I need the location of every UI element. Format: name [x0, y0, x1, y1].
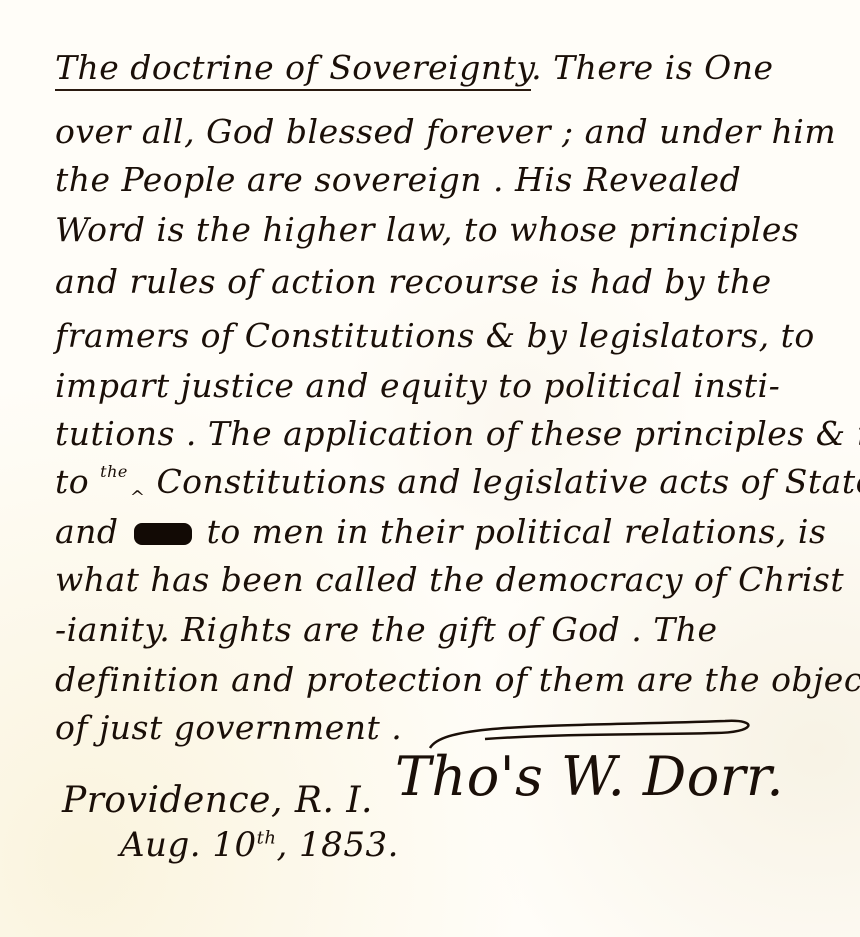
signature: Tho's W. Dorr. — [395, 745, 784, 808]
line-text: and — [55, 512, 119, 551]
manuscript-line-8: tutions . The application of these princ… — [55, 414, 860, 453]
date-year: , 1853. — [276, 825, 398, 865]
caret-mark: ^ — [130, 487, 146, 508]
line-text: Constitutions and legislative acts of St… — [156, 462, 860, 501]
inserted-word: the — [100, 462, 128, 481]
manuscript-line-13: definition and protection of them are th… — [55, 660, 860, 699]
line-text: to — [55, 462, 89, 501]
date-ordinal: th — [257, 828, 277, 849]
manuscript-line-12: -ianity. Rights are the gift of God . Th… — [55, 610, 718, 649]
manuscript-line-9: to the^ Constitutions and legislative ac… — [55, 462, 860, 508]
struck-out-word — [134, 523, 192, 545]
manuscript-line-10: and to men in their political relations,… — [55, 512, 826, 551]
document-title: The doctrine of Sovereignty — [55, 48, 531, 91]
manuscript-line-3: the People are sovereign . His Revealed — [55, 160, 741, 199]
date-text: Aug. 10 — [120, 825, 257, 865]
manuscript-line-7: impart justice and equity to political i… — [55, 366, 780, 405]
manuscript-line-5: and rules of action recourse is had by t… — [55, 262, 772, 301]
line-text: to men in their political relations, is — [207, 512, 827, 551]
manuscript-line-6: framers of Constitutions & by legislator… — [55, 316, 815, 355]
line-text: . There is One — [531, 48, 773, 87]
manuscript-line-2: over all, God blessed forever ; and unde… — [55, 112, 836, 151]
place-line: Providence, R. I. — [62, 780, 373, 821]
manuscript-line-1: The doctrine of Sovereignty. There is On… — [55, 48, 774, 87]
manuscript-line-4: Word is the higher law, to whose princip… — [55, 210, 799, 249]
date-line: Aug. 10th, 1853. — [120, 825, 399, 865]
manuscript-line-11: what has been called the democracy of Ch… — [55, 560, 844, 599]
manuscript-line-14: of just government . — [55, 708, 402, 747]
